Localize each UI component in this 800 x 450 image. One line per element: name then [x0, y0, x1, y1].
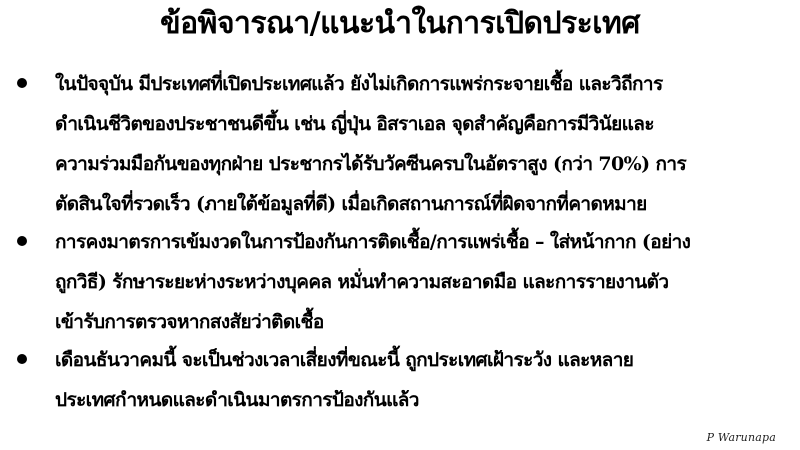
author-signature: P Warunapa [707, 431, 776, 444]
bullet-icon [17, 78, 27, 88]
bullet-icon [17, 354, 27, 364]
bullet-text-line: เดือนธันวาคมนี้ จะเป็นช่วงเวลาเสี่ยงที่ข… [55, 340, 770, 380]
bullet-text-line: การคงมาตรการเข้มงวดในการป้องกันการติดเชื… [55, 222, 770, 262]
bullet-item-strict-measures: การคงมาตรการเข้มงวดในการป้องกันการติดเชื… [0, 222, 800, 342]
bullet-text-line: ความร่วมมือกันของทุกฝ่าย ประชากรได้รับวั… [55, 144, 770, 184]
bullet-text-line: ดำเนินชีวิตของประชาชนดีขึ้น เช่น ญี่ปุ่น… [55, 104, 770, 144]
bullet-text-line: ถูกวิธี) รักษาระยะห่างระหว่างบุคคล หมั่น… [55, 262, 770, 302]
bullet-icon [17, 236, 27, 246]
bullet-text-line: ตัดสินใจที่รวดเร็ว (ภายใต้ข้อมูลที่ดี) เ… [55, 184, 770, 224]
bullet-list: ในปัจจุบัน มีประเทศที่เปิดประเทศแล้ว ยัง… [0, 64, 800, 420]
bullet-item-reopening-examples: ในปัจจุบัน มีประเทศที่เปิดประเทศแล้ว ยัง… [0, 64, 800, 224]
bullet-item-december-risk: เดือนธันวาคมนี้ จะเป็นช่วงเวลาเสี่ยงที่ข… [0, 340, 800, 420]
slide-title: ข้อพิจารณา/แนะนำในการเปิดประเทศ [0, 2, 800, 46]
slide: ข้อพิจารณา/แนะนำในการเปิดประเทศ ในปัจจุบ… [0, 0, 800, 450]
bullet-text-line: ในปัจจุบัน มีประเทศที่เปิดประเทศแล้ว ยัง… [55, 64, 770, 104]
bullet-text-line: เข้ารับการตรวจหากสงสัยว่าติดเชื้อ [55, 302, 770, 342]
bullet-text-line: ประเทศกำหนดและดำเนินมาตรการป้องกันแล้ว [55, 380, 770, 420]
